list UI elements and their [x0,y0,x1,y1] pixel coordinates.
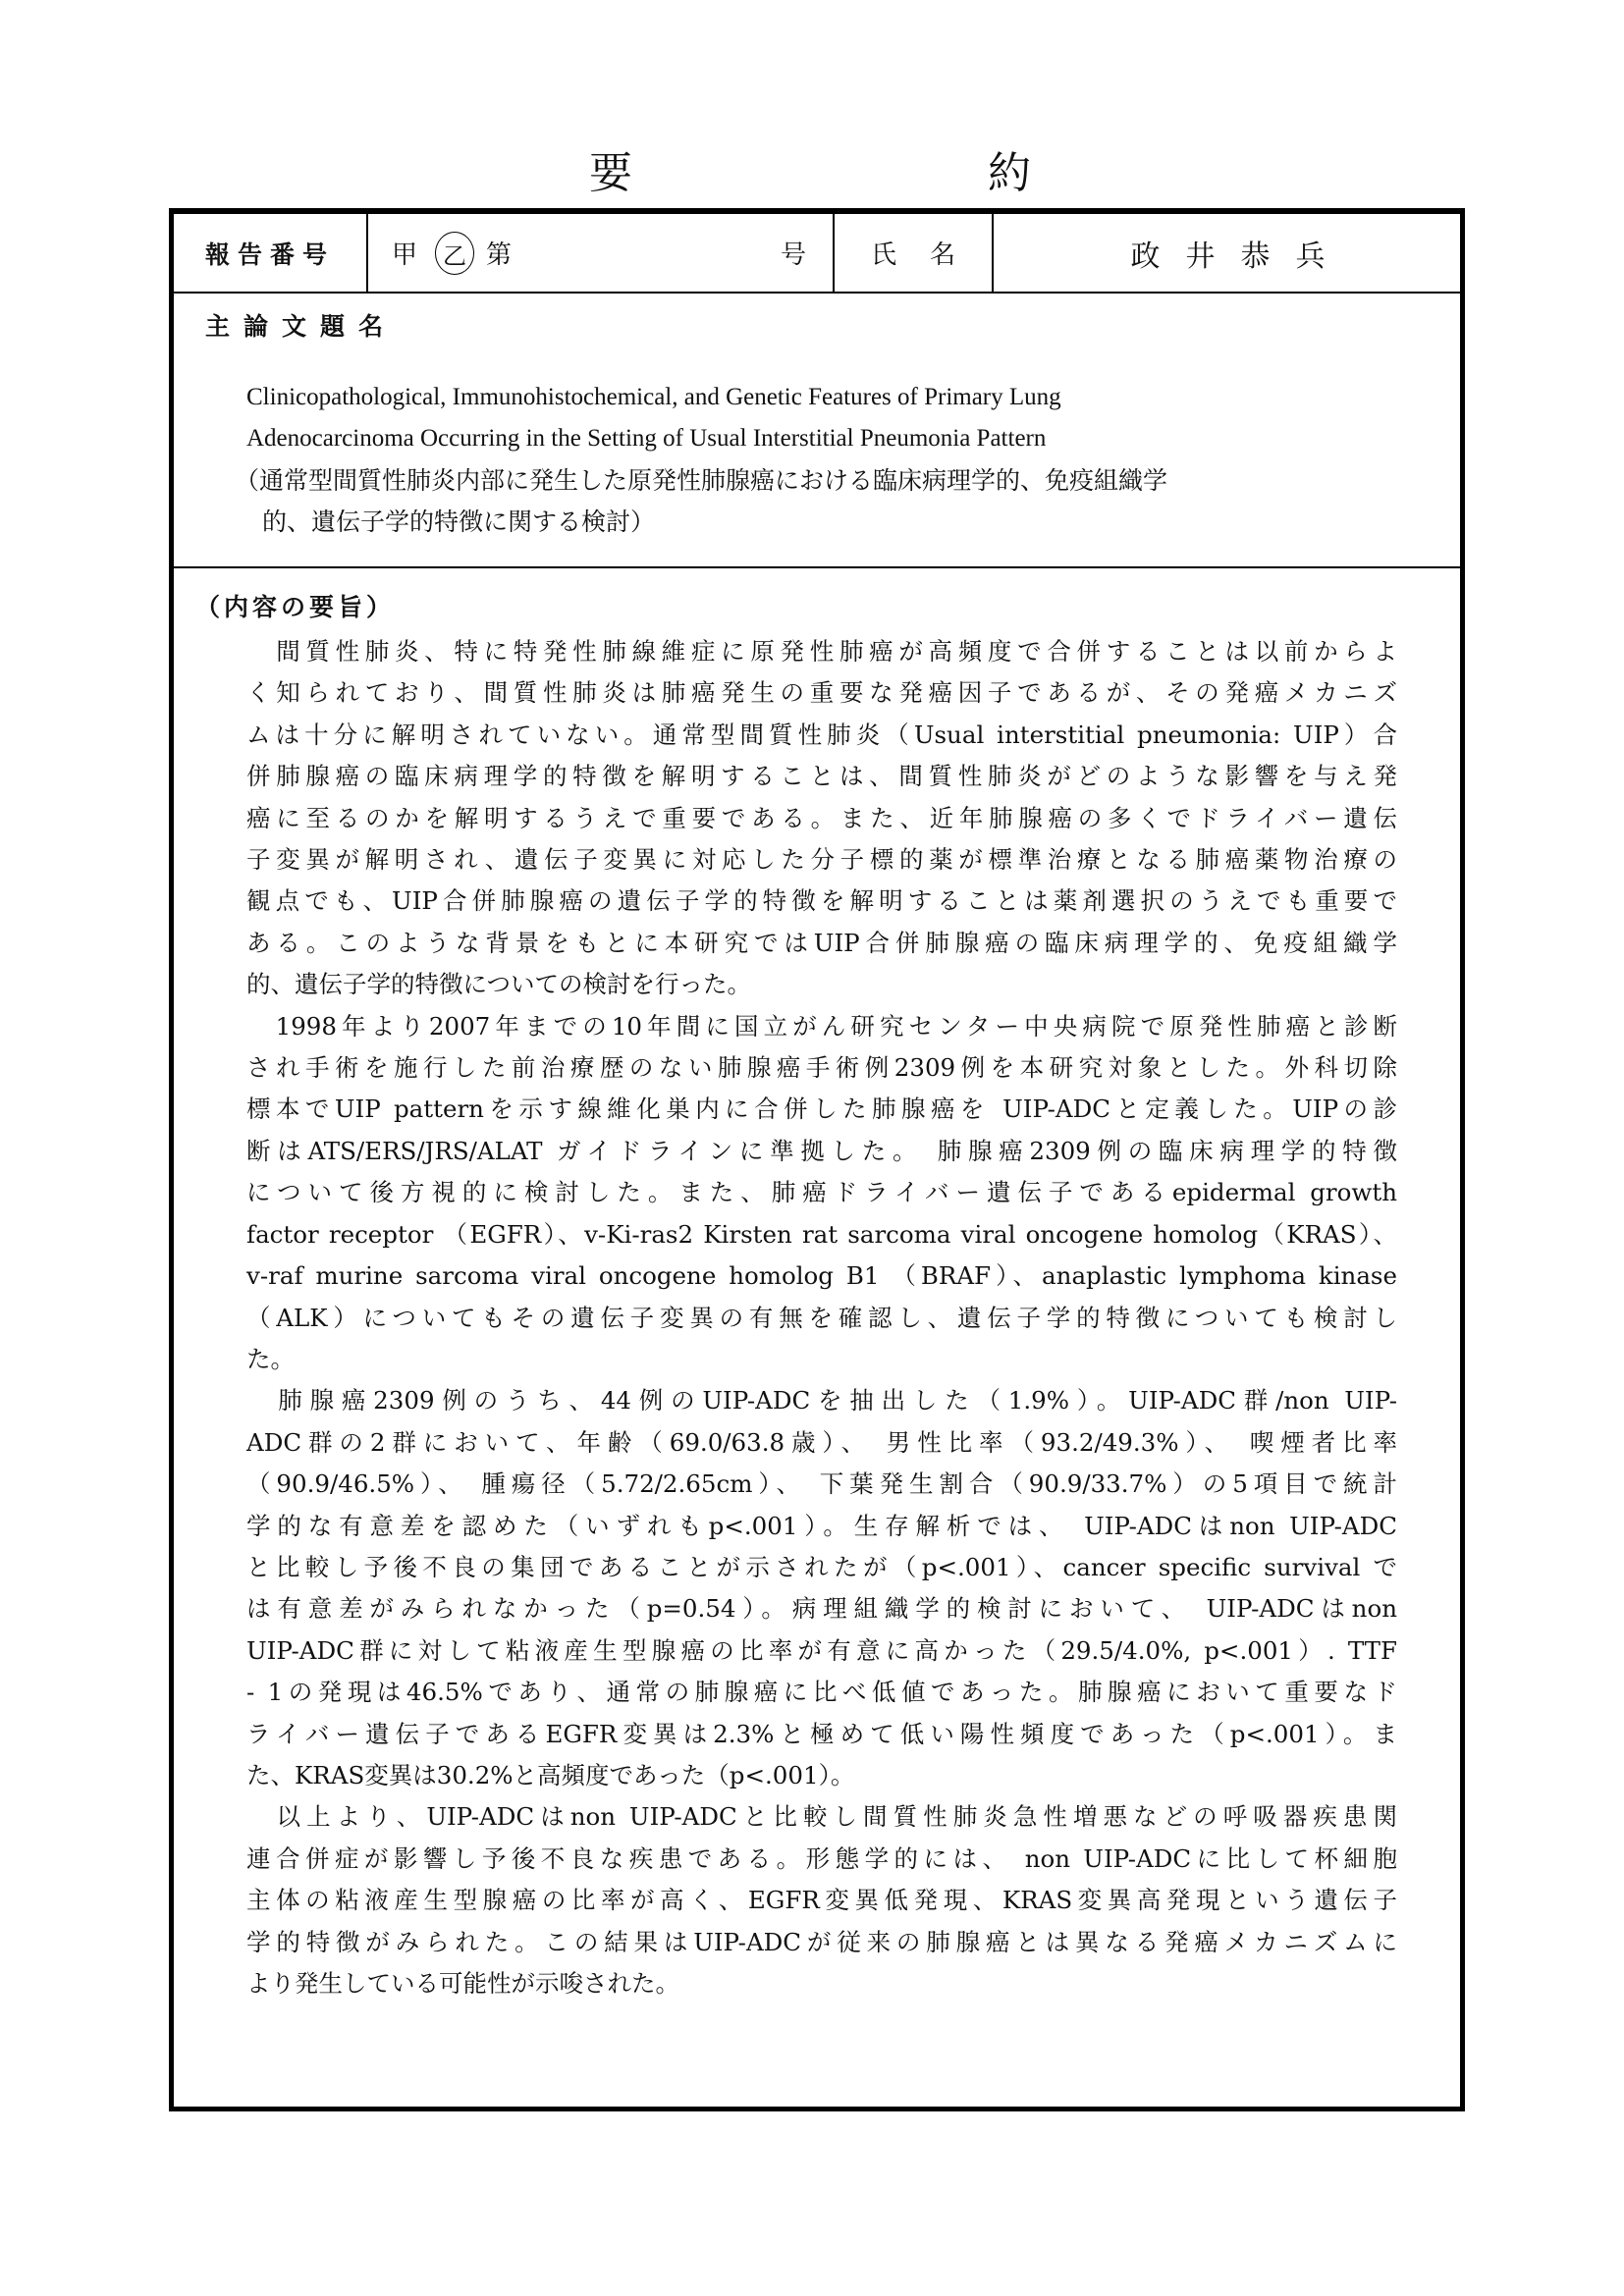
summary-line: 学的な有意差を認めた（いずれもp<.001）。生存解析では、 UIP-ADCはn… [246,1506,1397,1547]
summary-line: と比較し予後不良の集団であることが示されたが（p<.001）、cancer sp… [246,1547,1397,1588]
japanese-title-line: 的、遺伝子学的特徴に関する検討） [235,502,1413,543]
heading-char-left: 要 [589,137,632,200]
japanese-title: （通常型間質性肺炎内部に発生した原発性肺腺癌における臨床病理学的、免疫組織学 的… [235,460,1413,543]
summary-line: 併肺腺癌の臨床病理学的特徴を解明することは、間質性肺炎がどのような影響を与え発 [246,756,1397,797]
summary-line: - 1の発現は46.5%であり、通常の肺腺癌に比べ低値であった。肺腺癌において重… [246,1672,1397,1713]
otsu-option-circled: 乙 [435,232,474,275]
summary-line: 連合併症が影響し予後不良な疾患である。形態学的には、 non UIP-ADCに比… [246,1839,1397,1880]
summary-form-frame: 報告番号 甲 乙 第 号 氏名 政井恭兵 主論文題名 Clinicopathol… [169,208,1465,2111]
summary-line: 1998年より2007年までの10年間に国立がん研究センター中央病院で原発性肺癌… [246,1006,1397,1047]
english-title-line: Adenocarcinoma Occurring in the Setting … [246,418,1405,459]
summary-line: （ALK）についてもその遺伝子変異の有無を確認し、遺伝子学的特徴についても検討し [246,1298,1397,1339]
summary-line: ADC群の2群において、年齢（69.0/63.8歳）、 男性比率（93.2/49… [246,1422,1397,1464]
summary-line: について後方視的に検討した。また、肺癌ドライバー遺伝子であるepidermal … [246,1172,1397,1213]
summary-body: 間質性肺炎、特に特発性肺線維症に原発性肺癌が高頻度で合併することは以前からよ く… [246,631,1397,2004]
summary-line: 子変異が解明され、遺伝子変異に対応した分子標的薬が標準治療となる肺癌薬物治療の [246,839,1397,881]
summary-line: た。 [246,1339,1397,1380]
japanese-title-line: （通常型間質性肺炎内部に発生した原発性肺腺癌における臨床病理学的、免疫組織学 [235,460,1413,502]
summary-line: 標本でUIP patternを示す線維化巣内に合併した肺腺癌を UIP-ADCと… [246,1089,1397,1130]
report-number-label: 報告番号 [174,214,368,292]
go-label: 号 [781,235,806,271]
summary-line: 癌に至るのかを解明するうえで重要である。また、近年肺腺癌の多くでドライバー遺伝 [246,798,1397,839]
name-value: 政井恭兵 [996,214,1460,292]
report-number-field: 甲 乙 第 号 [368,214,835,292]
english-title-line: Clinicopathological, Immunohistochemical… [246,377,1405,418]
summary-line: ライバー遺伝子であるEGFR変異は2.3%と極めて低い陽性頻度であった（p<.0… [246,1714,1397,1755]
summary-line: 学的特徴がみられた。この結果はUIP-ADCが従来の肺腺癌とは異なる発癌メカニズ… [246,1922,1397,1963]
summary-line: は有意差がみられなかった（p=0.54）。病理組織学的検討において、 UIP-A… [246,1588,1397,1629]
summary-line: 的、遺伝子学的特徴についての検討を行った。 [246,964,1397,1005]
header-row: 報告番号 甲 乙 第 号 氏名 政井恭兵 [174,214,1460,294]
summary-line: （90.9/46.5%）、 腫瘍径（5.72/2.65cm）、 下葉発生割合（9… [246,1464,1397,1505]
summary-line: され手術を施行した前治療歴のない肺腺癌手術例2309例を本研究対象とした。外科切… [246,1047,1397,1089]
english-title: Clinicopathological, Immunohistochemical… [246,377,1405,459]
kou-option: 甲 [392,235,417,271]
summary-line: UIP-ADC群に対して粘液産生型腺癌の比率が有意に高かった（29.5/4.0%… [246,1630,1397,1672]
summary-line: ムは十分に解明されていない。通常型間質性肺炎（Usual interstitia… [246,715,1397,756]
summary-line: く知られており、間質性肺炎は肺癌発生の重要な発癌因子であるが、その発癌メカニズ [246,672,1397,714]
heading-char-right: 約 [988,137,1031,200]
summary-line: 主体の粘液産生型腺癌の比率が高く、EGFR変異低発現、KRAS変異高発現という遺… [246,1880,1397,1921]
summary-line: factor receptor （EGFR）、v-Ki-ras2 Kirsten… [246,1214,1397,1255]
summary-line: ある。このような背景をもとに本研究ではUIP合併肺腺癌の臨床病理学的、免疫組織学 [246,923,1397,964]
summary-line: より発生している可能性が示唆された。 [246,1963,1397,2004]
summary-line: 間質性肺炎、特に特発性肺線維症に原発性肺癌が高頻度で合併することは以前からよ [246,631,1397,672]
name-label: 氏名 [835,214,994,292]
dai-label: 第 [486,235,512,271]
summary-line: v-raf murine sarcoma viral oncogene homo… [246,1255,1397,1297]
summary-label: （内容の要旨） [195,588,395,623]
document-heading: 要 約 [0,137,1624,196]
thesis-title-section: 主論文題名 Clinicopathological, Immunohistoch… [174,294,1460,568]
summary-line: 以上より、UIP-ADCはnon UIP-ADCと比較し間質性肺炎急性増悪などの… [246,1796,1397,1838]
summary-line: た、KRAS変異は30.2%と高頻度であった（p<.001）。 [246,1755,1397,1796]
summary-line: 観点でも、UIP合併肺腺癌の遺伝子学的特徴を解明することは薬剤選択のうえでも重要… [246,881,1397,922]
thesis-title-label: 主論文題名 [205,307,397,343]
summary-line: 肺腺癌2309例のうち、44例のUIP-ADCを抽出した（1.9%）。UIP-A… [246,1380,1397,1421]
summary-line: 断はATS/ERS/JRS/ALAT ガイドラインに準拠した。 肺腺癌2309例… [246,1131,1397,1172]
